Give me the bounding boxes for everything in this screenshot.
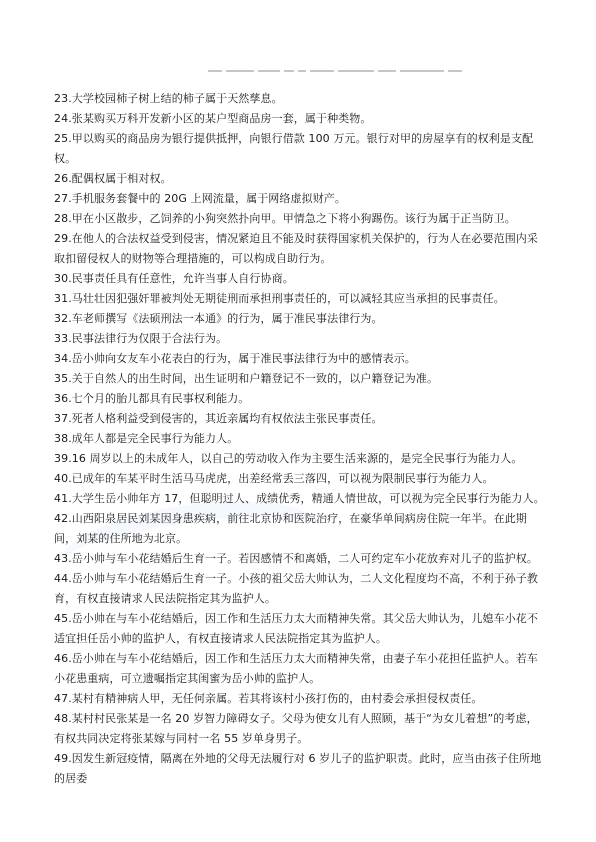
document-page: 23.大学校园柿子树上结的柿子属于天然孳息。 24.张某购买万科开发新小区的某户… [0,0,596,842]
list-item-27: 27.手机服务套餐中的 20G 上网流量，属于网络虚拟财产。 [54,189,546,209]
list-item-49: 49.因发生新冠疫情，隔离在外地的父母无法履行对 6 岁儿子的监护职责。此时，应… [54,749,546,789]
list-item-25: 25.甲以购买的商品房为银行提供抵押，向银行借款 100 万元。银行对甲的房屋享… [54,129,546,169]
truncated-header-line [208,69,464,72]
list-item-45: 45.岳小帅在与车小花结婚后，因工作和生活压力太大而精神失常。其父岳大帅认为，儿… [54,609,546,649]
list-item-30: 30.民事责任具有任意性，允许当事人自行协商。 [54,269,546,289]
list-item-41: 41.大学生岳小帅年方 17，但聪明过人、成绩优秀，精通人情世故，可以视为完全民… [54,489,546,509]
list-item-47: 47.某村有精神病人甲，无任何亲属。若其将该村小孩打伤的，由村委会承担侵权责任。 [54,689,546,709]
list-item-24: 24.张某购买万科开发新小区的某户型商品房一套，属于种类物。 [54,109,546,129]
list-item-31: 31.马壮壮因犯强奸罪被判处无期徒刑而承担刑事责任的，可以减轻其应当承担的民事责… [54,289,546,309]
list-item-34: 34.岳小帅向女友车小花表白的行为，属于准民事法律行为中的感情表示。 [54,349,546,369]
list-item-23: 23.大学校园柿子树上结的柿子属于天然孳息。 [54,89,546,109]
list-item-33: 33.民事法律行为仅限于合法行为。 [54,329,546,349]
list-item-28: 28.甲在小区散步，乙饲养的小狗突然扑向甲。甲情急之下将小狗踢伤。该行为属于正当… [54,209,546,229]
list-item-43: 43.岳小帅与车小花结婚后生育一子。若因感情不和离婚，二人可约定车小花放弃对儿子… [54,549,546,569]
list-item-48: 48.某村村民张某是一名 20 岁智力障碍女子。父母为使女儿有人照顾，基于“为女… [54,709,546,749]
list-item-29: 29.在他人的合法权益受到侵害，情况紧迫且不能及时获得国家机关保护的，行为人在必… [54,229,546,269]
list-item-42: 42.山西阳泉居民刘某因身患疾病，前往北京协和医院治疗，在豪华单间病房住院一年半… [54,509,546,549]
list-item-44: 44.岳小帅与车小花结婚后生育一子。小孩的祖父岳大帅认为，二人文化程度均不高，不… [54,569,546,609]
list-item-39: 39.16 周岁以上的未成年人，以自己的劳动收入作为主要生活来源的，是完全民事行… [54,449,546,469]
list-item-36: 36.七个月的胎儿都具有民事权利能力。 [54,389,546,409]
list-item-38: 38.成年人都是完全民事行为能力人。 [54,429,546,449]
question-list: 23.大学校园柿子树上结的柿子属于天然孳息。 24.张某购买万科开发新小区的某户… [54,89,546,789]
list-item-35: 35.关于自然人的出生时间，出生证明和户籍登记不一致的，以户籍登记为准。 [54,369,546,389]
list-item-46: 46.岳小帅在与车小花结婚后，因工作和生活压力太大而精神失常，由妻子车小花担任监… [54,649,546,689]
list-item-40: 40.已成年的车某平时生活马马虎虎，出差经常丢三落四，可以视为限制民事行为能力人… [54,469,546,489]
list-item-32: 32.车老师撰写《法硕刑法一本通》的行为，属于准民事法律行为。 [54,309,546,329]
list-item-37: 37.死者人格利益受到侵害的，其近亲属均有权依法主张民事责任。 [54,409,546,429]
list-item-26: 26.配偶权属于相对权。 [54,169,546,189]
